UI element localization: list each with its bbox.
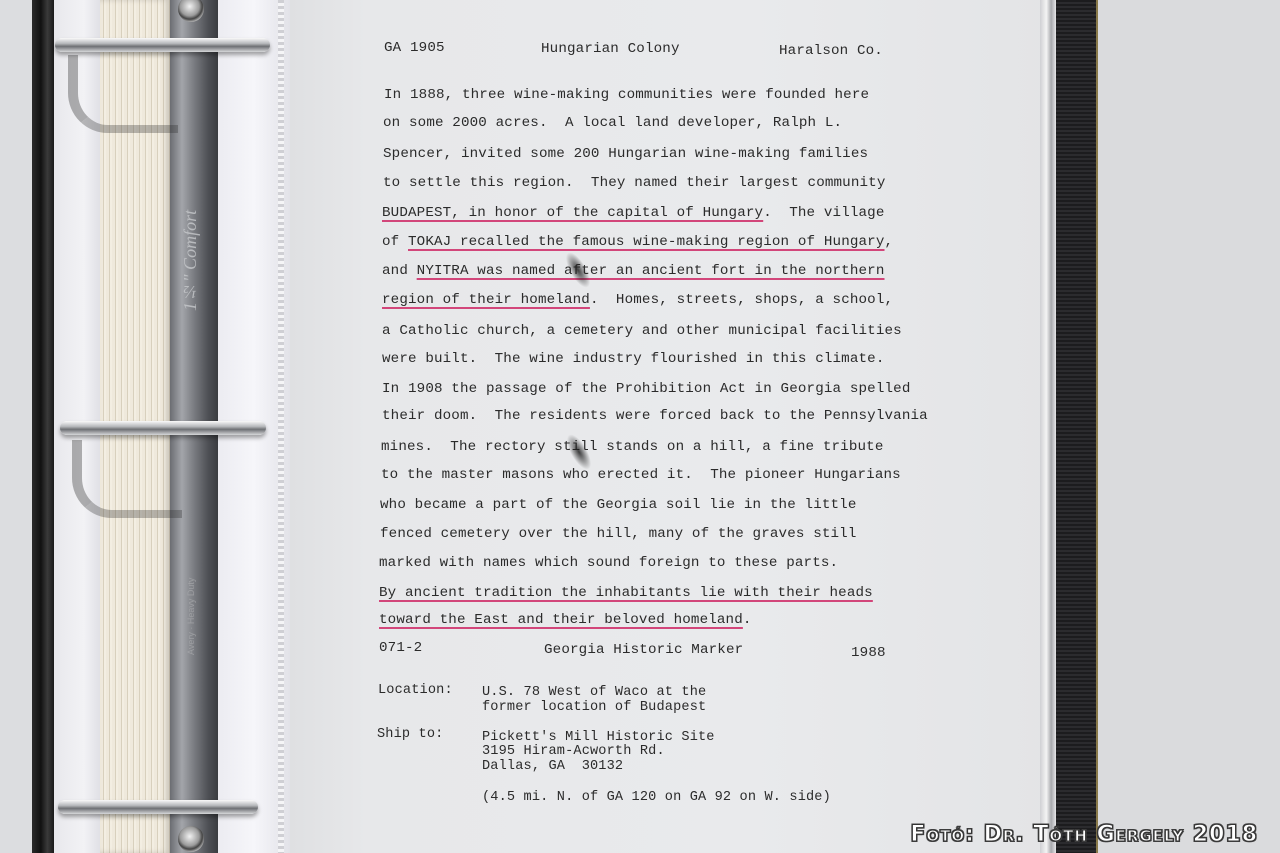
highlighted-text: TOKAJ recalled the famous wine-making re…	[408, 234, 885, 250]
body-line: to settle this region. They named their …	[383, 175, 886, 191]
location-line-1: U.S. 78 West of Waco at the	[482, 686, 706, 701]
body-text: of	[382, 234, 408, 250]
body-text: a Catholic church, a cemetery and other …	[382, 323, 902, 339]
highlighted-text: region of their homeland	[382, 292, 590, 308]
ship-to-line-2: 3195 Hiram-Acworth Rd.	[482, 745, 665, 760]
body-text: ,	[885, 234, 894, 250]
body-line: their doom. The residents were forced ba…	[382, 408, 928, 424]
body-line: marked with names which sound foreign to…	[379, 555, 838, 571]
body-text: on some 2000 acres. A local land develop…	[383, 115, 842, 131]
spine-brand: Avery · Heavy Duty	[186, 545, 206, 655]
body-line: who became a part of the Georgia soil li…	[380, 497, 857, 513]
highlighted-text: toward the East and their beloved homela…	[379, 612, 743, 628]
marker-org: Georgia Historic Marker	[544, 642, 743, 658]
body-text: were built. The wine industry flourished…	[382, 351, 885, 367]
body-text: to the master masons who erected it. The…	[381, 467, 901, 483]
binder-ring-middle	[60, 421, 266, 435]
body-text: .	[743, 612, 752, 628]
highlighted-text: BUDAPEST, in honor of the capital of Hun…	[382, 205, 763, 221]
body-text: their doom. The residents were forced ba…	[382, 408, 928, 424]
body-line: By ancient tradition the inhabitants lie…	[379, 585, 873, 601]
marker-id: 071-2	[379, 640, 422, 656]
binder-ring-top	[55, 38, 270, 52]
body-text: In 1888, three wine-making communities w…	[384, 87, 869, 103]
sheet-protector-perforation	[278, 0, 284, 853]
location-label: Location:	[378, 684, 453, 699]
highlighted-text: By ancient tradition the inhabitants lie…	[379, 585, 873, 601]
body-line: and NYITRA was named after an ancient fo…	[382, 263, 885, 279]
body-text: mines. The rectory still stands on a hil…	[381, 439, 884, 455]
body-text: In 1908 the passage of the Prohibition A…	[382, 381, 911, 397]
highlighted-text: NYITRA was named after an ancient fort i…	[417, 263, 885, 279]
background-right	[1098, 0, 1280, 853]
marker-number: GA 1905	[384, 40, 445, 56]
body-text: marked with names which sound foreign to…	[379, 555, 838, 571]
body-line: on some 2000 acres. A local land develop…	[383, 115, 842, 131]
body-line: BUDAPEST, in honor of the capital of Hun…	[382, 205, 885, 221]
body-line: mines. The rectory still stands on a hil…	[381, 439, 884, 455]
rivet-icon	[178, 826, 204, 852]
binder-ring-bottom	[58, 800, 258, 814]
body-line: were built. The wine industry flourished…	[382, 351, 885, 367]
marker-county: Haralson Co.	[779, 43, 883, 59]
body-text: to settle this region. They named their …	[383, 175, 886, 191]
location-line-2: former location of Budapest	[482, 701, 706, 716]
marker-year: 1988	[851, 645, 886, 661]
body-line: Spencer, invited some 200 Hungarian wine…	[383, 146, 868, 162]
ship-to-directions: (4.5 mi. N. of GA 120 on GA 92 on W. sid…	[482, 791, 831, 806]
body-line: toward the East and their beloved homela…	[379, 612, 752, 628]
page-edge	[1040, 0, 1056, 853]
binder-zipper	[1056, 0, 1098, 853]
body-line: In 1888, three wine-making communities w…	[384, 87, 869, 103]
ring-shadow	[68, 55, 178, 133]
body-line: to the master masons who erected it. The…	[381, 467, 901, 483]
photo-credit-watermark: Fotó: Dr. Tóth Gergely 2018	[910, 822, 1258, 847]
body-line: fenced cemetery over the hill, many of t…	[380, 526, 857, 542]
body-line: In 1908 the passage of the Prohibition A…	[382, 381, 911, 397]
body-line: region of their homeland. Homes, streets…	[382, 292, 893, 308]
document-text: GA 1905 Hungarian Colony Haralson Co. In…	[0, 0, 17, 416]
body-text: Spencer, invited some 200 Hungarian wine…	[383, 146, 868, 162]
body-text: . The village	[763, 205, 884, 221]
binder-cover-edge	[32, 0, 54, 853]
body-text: fenced cemetery over the hill, many of t…	[380, 526, 857, 542]
ring-shadow	[72, 440, 182, 518]
marker-title: Hungarian Colony	[541, 41, 680, 57]
body-text: . Homes, streets, shops, a school,	[590, 292, 893, 308]
ship-to-line-3: Dallas, GA 30132	[482, 760, 623, 775]
body-line: of TOKAJ recalled the famous wine-making…	[382, 234, 893, 250]
body-text: and	[382, 263, 417, 279]
spine-label: 1½" Comfort	[180, 175, 210, 345]
body-text: who became a part of the Georgia soil li…	[380, 497, 857, 513]
body-line: a Catholic church, a cemetery and other …	[382, 323, 902, 339]
ship-to-label: Ship to:	[377, 728, 443, 743]
